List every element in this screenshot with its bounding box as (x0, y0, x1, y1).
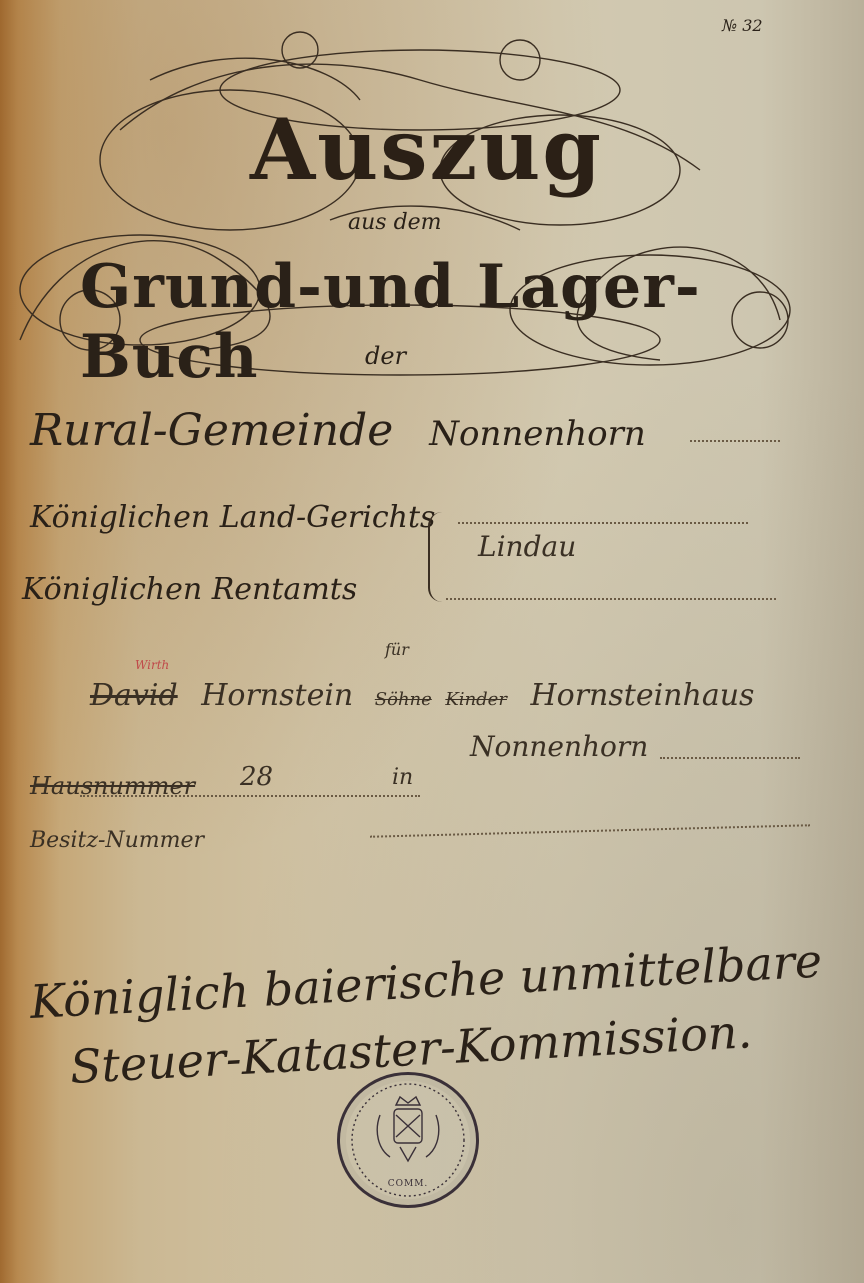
seal-text: COMM. (340, 1179, 476, 1189)
struck-word-1: Söhne (375, 689, 432, 710)
dotted-line (80, 795, 420, 797)
owner-name: Hornstein (201, 678, 353, 713)
brace-icon (428, 512, 460, 602)
document-title: Auszug (250, 100, 603, 199)
title-subtitle-2: der (365, 342, 406, 370)
dotted-line (370, 824, 810, 838)
house-suffix: in (392, 765, 413, 790)
house-number: 28 (240, 762, 273, 792)
owner-entry: Hornsteinhaus (530, 678, 754, 713)
land-gericht-label: Königlichen Land-Gerichts (30, 500, 435, 535)
possession-label: Besitz-Nummer (30, 828, 204, 853)
municipality-line: Rural-Gemeinde Nonnenhorn (30, 405, 646, 456)
rentamt-label: Königlichen Rentamts (22, 572, 357, 607)
owner-line: David Hornstein Söhne Kinder Hornsteinha… (90, 678, 754, 713)
owner-connector: für (385, 640, 409, 659)
official-seal: COMM. (337, 1072, 479, 1208)
court-value: Lindau (478, 530, 576, 563)
municipality-value: Nonnenhorn (429, 414, 646, 454)
dotted-line (446, 598, 776, 600)
dotted-line (660, 757, 800, 759)
dotted-line (690, 440, 780, 442)
struck-word-2: Kinder (445, 689, 507, 710)
house-place: Nonnenhorn (470, 730, 648, 763)
document-title-2: Grund-und Lager-Buch (80, 252, 864, 392)
owner-name-struck: David (90, 678, 178, 713)
title-subtitle-1: aus dem (348, 210, 442, 235)
red-annotation: Wirth (135, 658, 169, 672)
municipality-label: Rural-Gemeinde (30, 405, 393, 456)
dotted-line (458, 522, 748, 524)
